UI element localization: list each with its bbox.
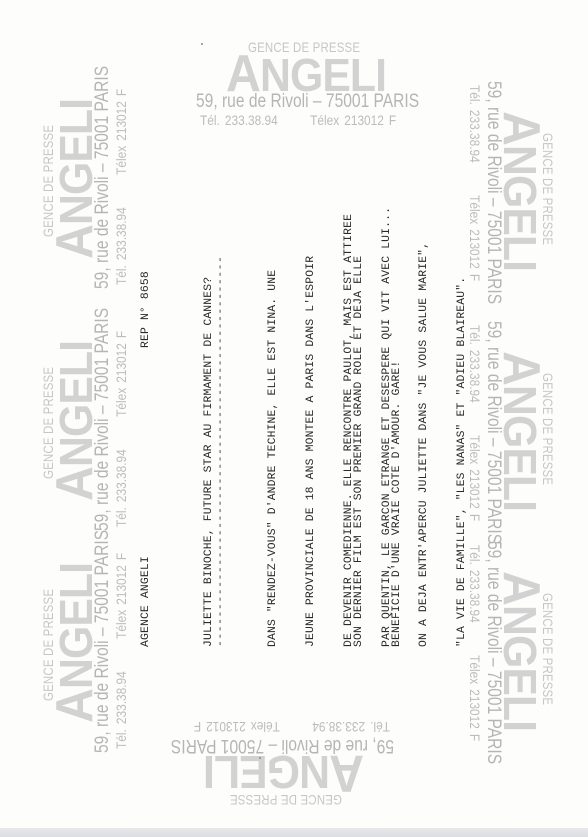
text-line: "LA VIE DE FAMILLE", "LES NANAS" ET "ADI… (456, 207, 469, 647)
text-line: JEUNE PROVINCIALE DE 18 ANS MONTEE A PAR… (305, 207, 318, 647)
telex-label: Télex (251, 719, 280, 735)
dust-speck (201, 43, 203, 45)
reference-number: REP N° 8658 (140, 271, 153, 348)
stamp-address: 59, rue de Rivoli – 75001 PARIS (92, 530, 114, 753)
stamp-address: 59, rue de Rivoli – 75001 PARIS (92, 308, 114, 531)
dust-speck (259, 757, 261, 759)
telex-label: Télex (310, 112, 339, 128)
tel-label: Tél. (467, 85, 483, 105)
tel-label: Tél. (113, 507, 129, 527)
text-line: SON DERNIER FILM EST SON PREMIER GRAND R… (353, 256, 366, 647)
telex-number: 213012 F (344, 112, 396, 128)
stamp-address: 59, rue de Rivoli – 75001 PARIS (92, 66, 114, 289)
tel-label: Tél. (113, 265, 129, 285)
stamp-address: 59, rue de Rivoli – 75001 PARIS (196, 91, 419, 113)
tel-number: 233.38.94 (467, 110, 483, 163)
stamp-address: 59, rue de Rivoli – 75001 PARIS (171, 734, 394, 756)
agency-stamp-bottom: GENCE DE PRESSEANGELI59, rue de Rivoli –… (190, 722, 400, 814)
text-line: BENEFICIE D'UNE VRAIE COTE D'AMOUR. GARE… (391, 256, 404, 647)
text-line: DANS "RENDEZ-VOUS" D'ANDRE TECHINE, ELLE… (267, 207, 280, 647)
scan-bottom-edge (0, 828, 588, 837)
stamp-phone-line: Tél. 233.38.94Télex 213012 F (194, 719, 390, 735)
telex-number: 213012 F (113, 89, 129, 141)
title-underline: ----------------------------------------… (215, 256, 228, 647)
stamp-phone-line: Tél. 233.38.94Télex 213012 F (200, 112, 396, 128)
telex-label: Télex (113, 610, 129, 639)
telex-number: 213012 F (113, 331, 129, 383)
paragraph-2: SON DERNIER FILM EST SON PREMIER GRAND R… (328, 256, 429, 647)
agency-stamp-top: GENCE DE PRESSEANGELI59, rue de Rivoli –… (190, 33, 400, 125)
tel-label: Tél. (370, 719, 390, 735)
typed-press-release: AGENCE ANGELI REP N° 8658 JULIETTE BINOC… (140, 210, 380, 650)
agency-name: AGENCE ANGELI (140, 556, 153, 647)
agency-stamp-left: GENCE DE PRESSEANGELI59, rue de Rivoli –… (34, 549, 126, 759)
telex-number: 213012 F (113, 553, 129, 605)
stamp-phone-line: Tél. 233.38.94Télex 213012 F (113, 331, 129, 527)
tel-number: 233.38.94 (312, 719, 365, 735)
telex-label: Télex (113, 388, 129, 417)
telex-label: Télex (467, 655, 483, 684)
telex-label: Télex (113, 146, 129, 175)
tel-number: 233.38.94 (113, 671, 129, 724)
agency-stamp-left: GENCE DE PRESSEANGELI59, rue de Rivoli –… (34, 85, 126, 295)
tel-number: 233.38.94 (225, 112, 278, 128)
tel-label: Tél. (113, 729, 129, 749)
telex-number: 213012 F (194, 719, 246, 735)
tel-number: 233.38.94 (113, 449, 129, 502)
agency-stamp-left: GENCE DE PRESSEANGELI59, rue de Rivoli –… (34, 327, 126, 537)
tel-number: 233.38.94 (113, 207, 129, 260)
stamp-phone-line: Tél. 233.38.94Télex 213012 F (113, 89, 129, 285)
article-title: JULIETTE BINOCHE, FUTURE STAR AU FIRMAME… (203, 277, 216, 647)
telex-number: 213012 F (467, 689, 483, 741)
stamp-phone-line: Tél. 233.38.94Télex 213012 F (113, 553, 129, 749)
tel-label: Tél. (200, 112, 220, 128)
